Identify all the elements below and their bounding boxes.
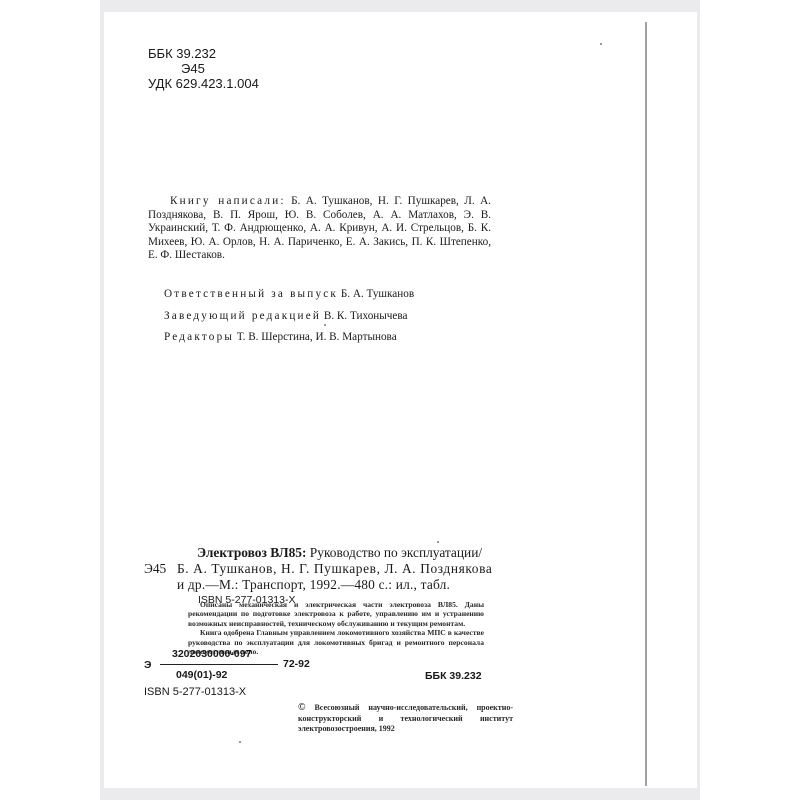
credit-role: Заведующий редакцией bbox=[164, 310, 321, 322]
scan-speck bbox=[324, 324, 326, 326]
scan-speck bbox=[600, 43, 602, 45]
copyright-text: Всесоюзный научно-исследовательский, про… bbox=[298, 703, 513, 733]
code-denominator: 049(01)-92 bbox=[176, 669, 227, 681]
author-index: Э45 bbox=[181, 61, 205, 76]
card-authors: Б. А. Тушканов, Н. Г. Пушкарев, Л. А. По… bbox=[177, 561, 492, 576]
card-bbk: ББК 39.232 bbox=[425, 670, 482, 682]
credit-responsible: Ответственный за выпуск Б. А. Тушканов bbox=[164, 288, 414, 301]
code-suffix: 72-92 bbox=[283, 658, 310, 670]
page-edge-rule bbox=[645, 22, 647, 786]
credit-name: Б. А. Тушканов bbox=[338, 288, 414, 300]
annotation-paragraph: Описаны механическая и электрическая час… bbox=[188, 600, 484, 628]
credit-name: Т. В. Шерстина, И. В. Мартынова bbox=[234, 331, 397, 343]
isbn-bottom: ISBN 5-277-01313-X bbox=[144, 686, 246, 698]
code-numerator: 3202030000-097 bbox=[172, 648, 251, 660]
card-title-rest: Руководство по эксплуатации/ bbox=[306, 545, 482, 560]
authors-lead: Книгу написали: bbox=[170, 195, 286, 207]
udk-code: УДК 629.423.1.004 bbox=[148, 76, 259, 91]
card-index: Э45 bbox=[144, 561, 166, 576]
bbk-code: ББК 39.232 bbox=[148, 46, 216, 61]
card-title: Электровоз ВЛ85: Руководство по эксплуат… bbox=[197, 545, 482, 560]
copyright-icon: © bbox=[298, 702, 305, 713]
card-title-bold: Электровоз ВЛ85: bbox=[197, 545, 306, 560]
card-imprint: и др.—М.: Транспорт, 1992.—480 с.: ил., … bbox=[177, 577, 450, 592]
credit-role: Ответственный за выпуск bbox=[164, 288, 338, 300]
scan-speck bbox=[437, 541, 439, 543]
scan-speck bbox=[239, 741, 241, 743]
credit-head-editor: Заведующий редакцией В. К. Тихонычева bbox=[164, 310, 408, 323]
credit-editors: Редакторы Т. В. Шерстина, И. В. Мартынов… bbox=[164, 331, 397, 344]
credit-name: В. К. Тихонычева bbox=[321, 310, 407, 322]
authors-block: Книгу написали: Б. А. Тушканов, Н. Г. Пу… bbox=[148, 195, 491, 263]
copyright-block: © Всесоюзный научно-исследовательский, п… bbox=[298, 703, 513, 735]
fraction-line bbox=[160, 664, 278, 665]
credit-role: Редакторы bbox=[164, 331, 234, 343]
code-prefix: Э bbox=[144, 659, 151, 671]
